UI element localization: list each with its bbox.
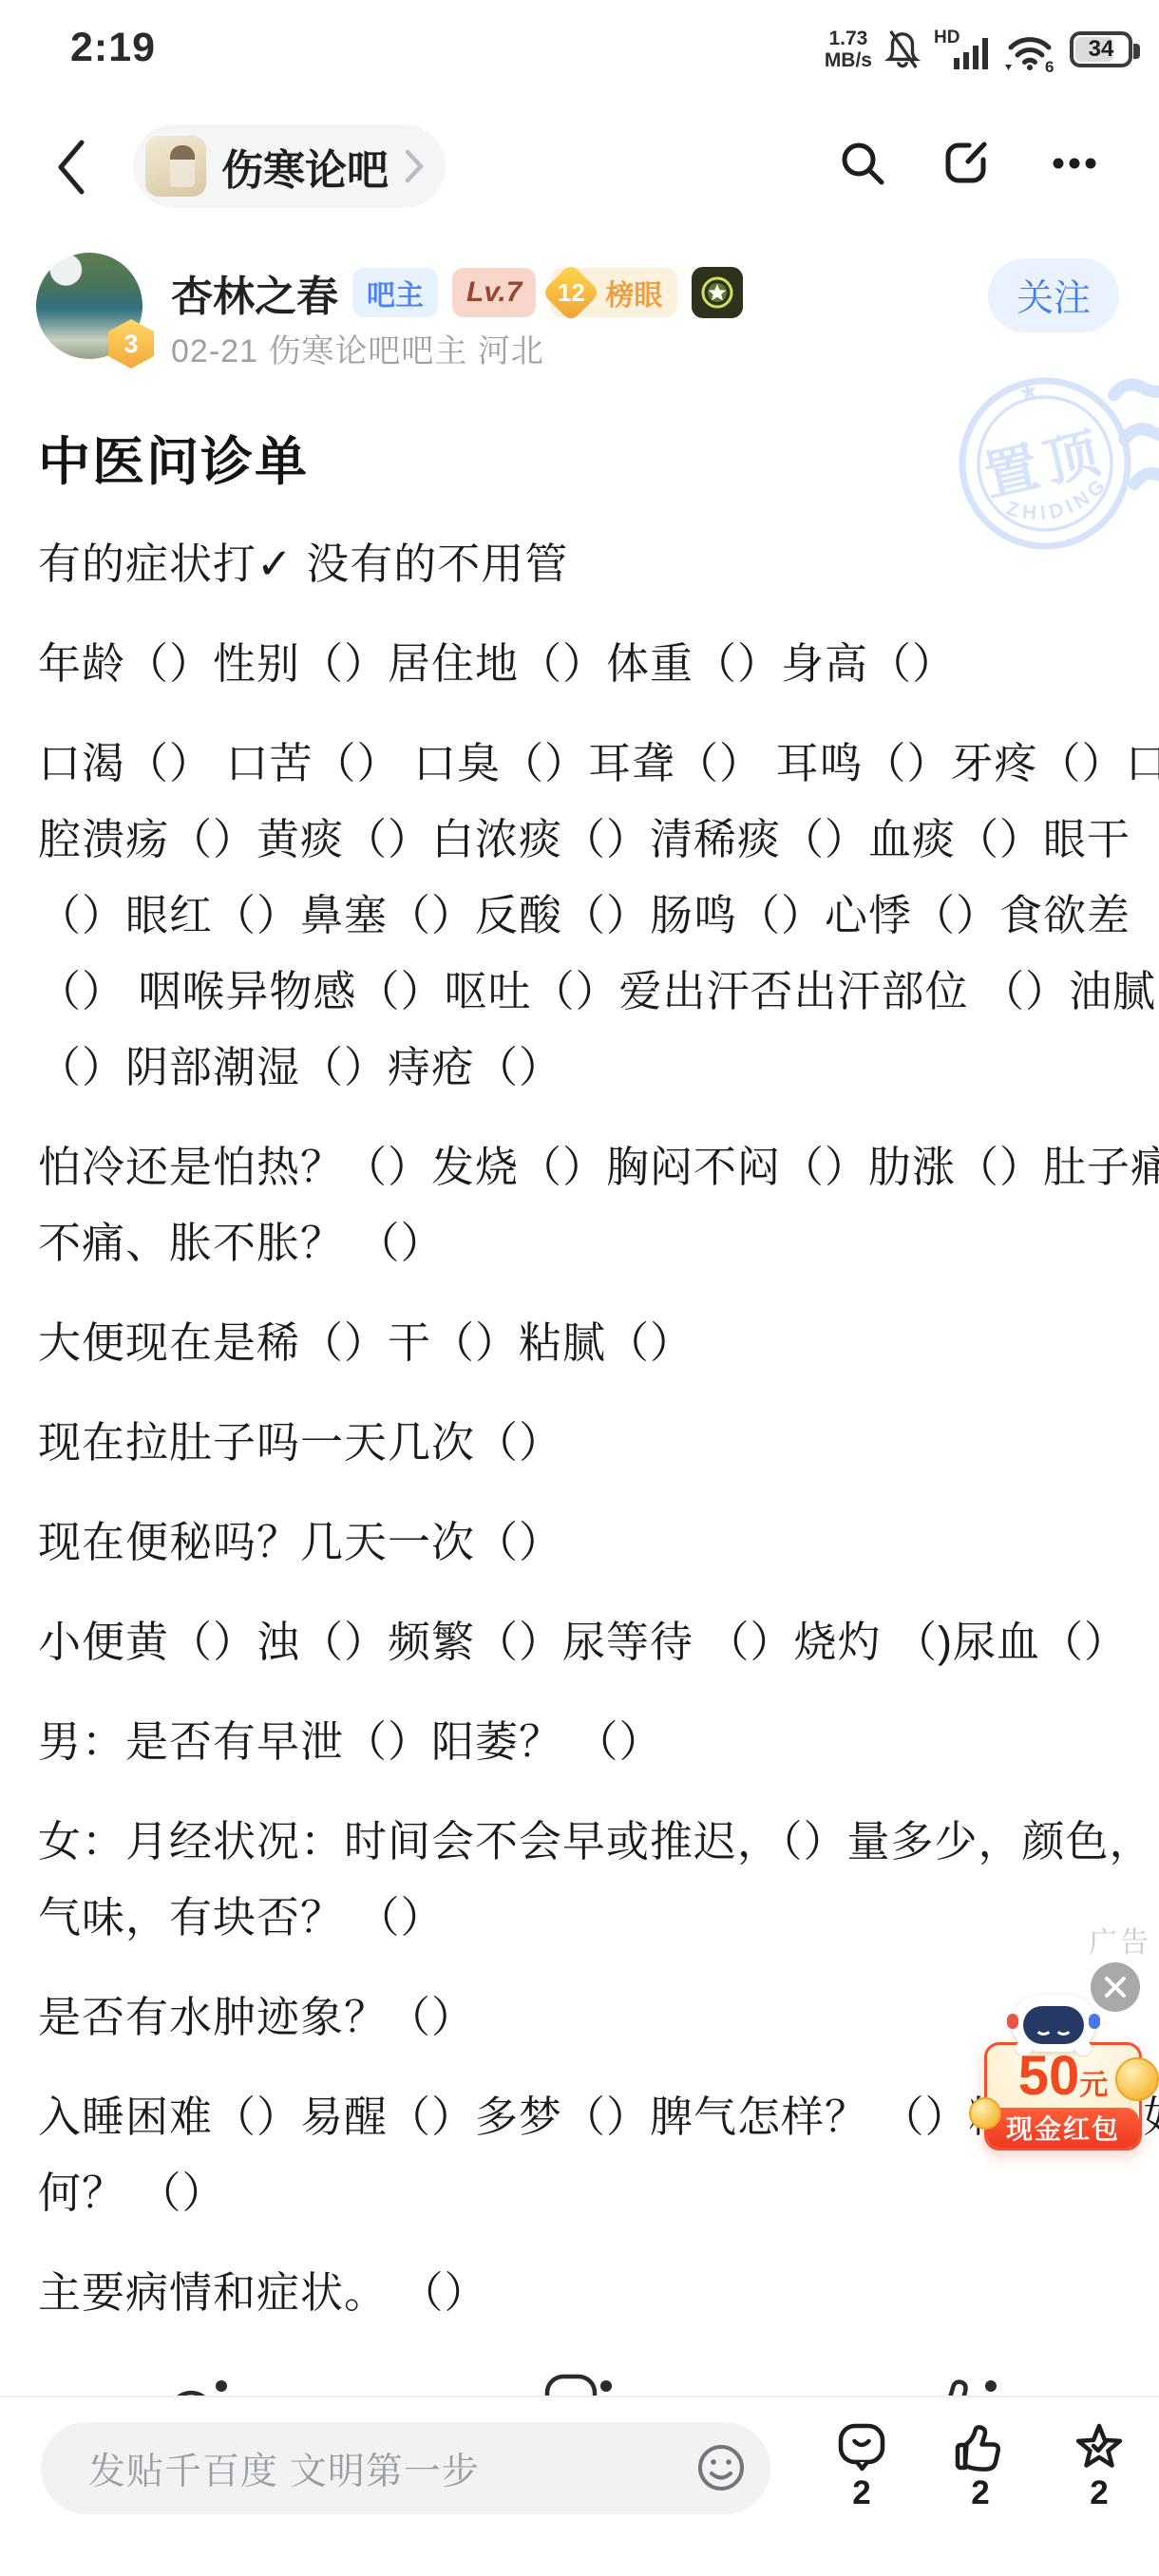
favorite-count: 2: [1072, 2475, 1127, 2511]
bottom-bar: 发贴千百度 文明第一步 2 2: [0, 2396, 1159, 2576]
ad-red-packet[interactable]: 50 元 现金红包: [984, 2042, 1142, 2150]
post-line: 不痛、胀不胀？ （）: [38, 1205, 1121, 1281]
signal-hd-icon: HD: [933, 27, 992, 72]
post-line: 主要病情和症状。 （）: [38, 2255, 1121, 2331]
battery-icon: 34: [1070, 31, 1132, 67]
follow-button[interactable]: 关注: [988, 258, 1119, 332]
post-body: 有的症状打✓ 没有的不用管 年龄（）性别（）居住地（）体重（）身高（） 口渴（）…: [38, 526, 1121, 2355]
search-icon[interactable]: [838, 139, 887, 188]
ad-currency: 元: [1079, 2061, 1108, 2103]
like-button[interactable]: 2: [953, 2418, 1008, 2511]
post-paragraph: 小便黄（）浊（）频繁（）尿等待 （）烧灼 （)尿血（）: [38, 1604, 1121, 1680]
post-line: （）眼红（）鼻塞（）反酸（）肠鸣（）心悸（）食欲差: [38, 878, 1121, 954]
post-paragraph: 入睡困难（）易醒（）多梦（）脾气怎样？ （）精神状况如 何？ （）: [38, 2079, 1121, 2231]
username[interactable]: 杏林之春: [171, 262, 338, 323]
forum-chip[interactable]: 伤寒论吧: [133, 124, 446, 208]
ad-close-icon[interactable]: [1091, 1962, 1140, 2012]
post-line: （）阴部潮湿（）痔疮（）: [38, 1030, 1121, 1106]
robot-face: [1023, 2006, 1084, 2044]
coin-icon: [1115, 2057, 1159, 2101]
rank-badge: 12 榜眼: [550, 268, 677, 317]
nav-actions: [838, 139, 1102, 188]
post-line: 女：月经状况：时间会不会早或推迟，（）量多少，颜色，: [38, 1804, 1121, 1880]
robot-ear-left: [1007, 2014, 1018, 2029]
post-line: 有的症状打✓ 没有的不用管: [38, 526, 1121, 602]
emoji-icon[interactable]: [694, 2441, 1129, 2494]
share-count-dot: [216, 2380, 227, 2392]
wifi-band-label: 6: [1045, 58, 1054, 72]
status-time: 2:19: [70, 25, 156, 71]
post-paragraph: 现在拉肚子吗一天几次（）: [38, 1405, 1121, 1481]
post-line: 气味，有块否？ （）: [38, 1880, 1121, 1956]
comment-button[interactable]: 2: [834, 2418, 889, 2511]
compose-icon[interactable]: [942, 139, 992, 188]
ad-robot-mascot[interactable]: [1010, 1993, 1097, 2055]
rank-number: 12: [550, 272, 592, 313]
post-line: 口渴（） 口苦（） 口臭（）耳聋（） 耳鸣（）牙疼（）口: [38, 726, 1121, 802]
comment-icon[interactable]: [543, 2373, 600, 2396]
post-paragraph: 女：月经状况：时间会不会早或推迟，（）量多少，颜色， 气味，有块否？ （）: [38, 1804, 1121, 1956]
post-paragraph: 年龄（）性别（）居住地（）体重（）身高（）: [38, 626, 1121, 702]
favorite-button[interactable]: 2: [1072, 2418, 1127, 2511]
battery-nub: [1133, 44, 1140, 59]
post-line: 何？ （）: [38, 2155, 1121, 2231]
post-line: 大便现在是稀（）干（）粘腻（）: [38, 1305, 1121, 1381]
post-paragraph: 男：是否有早泄（）阳萎？ （）: [38, 1704, 1121, 1780]
forum-name: 伤寒论吧: [221, 136, 389, 197]
battery-level: 34: [1073, 35, 1129, 64]
post-line: 现在便秘吗？几天一次（）: [38, 1505, 1121, 1581]
medal-emblem-icon: [692, 267, 743, 318]
mute-bell-icon: [883, 27, 921, 72]
post-line: 是否有水肿迹象？（）: [38, 1979, 1121, 2055]
back-button[interactable]: [49, 135, 89, 199]
svg-text:ZHIDING: ZHIDING: [998, 470, 1117, 534]
post-title: 中医问诊单: [38, 420, 309, 495]
level-badge: Lv.7: [452, 268, 536, 317]
network-speed-value: 1.73: [825, 28, 872, 49]
post-paragraph: 口渴（） 口苦（） 口臭（）耳聋（） 耳鸣（）牙疼（）口 腔溃疡（）黄痰（）白浓…: [38, 726, 1121, 1106]
coin-icon: [969, 2097, 1001, 2130]
share-icon[interactable]: [159, 2373, 219, 2396]
rank-label: 榜眼: [605, 272, 662, 313]
post-line: 年龄（）性别（）居住地（）体重（）身高（）: [38, 626, 1121, 702]
comment-count-dot: [600, 2380, 612, 2392]
stamp-star-icon: ★: [1016, 377, 1041, 407]
post-actions-cutoff: [0, 2356, 1159, 2396]
robot-eye: [1035, 2017, 1053, 2036]
post-paragraph: 怕冷还是怕热？（）发烧（）胸闷不闷（）肋涨（）肚子痛 不痛、胀不胀？ （）: [38, 1129, 1121, 1281]
post-paragraph: 现在便秘吗？几天一次（）: [38, 1505, 1121, 1581]
chevron-right-icon: [404, 148, 425, 184]
comment-count: 2: [834, 2475, 889, 2511]
forum-avatar: [145, 136, 206, 197]
like-icon[interactable]: [928, 2373, 985, 2396]
reply-placeholder: 发贴千百度 文明第一步: [88, 2442, 480, 2495]
post-paragraph: 主要病情和症状。 （）: [38, 2255, 1121, 2331]
stamp-text: 置顶: [978, 421, 1112, 508]
author-line: 杏林之春 吧主 Lv.7 12 榜眼: [171, 262, 743, 323]
like-count-dot: [985, 2380, 997, 2392]
tieba-post-screen: 2:19 1.73 MB/s HD: [0, 0, 1159, 2576]
post-line: 怕冷还是怕热？（）发烧（）胸闷不闷（）肋涨（）肚子痛: [38, 1129, 1121, 1205]
post-line: 现在拉肚子吗一天几次（）: [38, 1405, 1121, 1481]
more-icon[interactable]: [1047, 139, 1102, 188]
reply-input[interactable]: 发贴千百度 文明第一步: [41, 2422, 770, 2514]
post-meta: 02-21 伤寒论吧吧主 河北: [171, 325, 544, 371]
robot-hand: [1016, 2040, 1033, 2055]
status-icons: 1.73 MB/s HD: [825, 23, 1132, 76]
hd-label: HD: [934, 28, 959, 47]
post-paragraph: 是否有水肿迹象？（）: [38, 1979, 1121, 2055]
wifi-icon: 6: [1003, 27, 1058, 72]
robot-hand: [1074, 2040, 1092, 2055]
like-count: 2: [953, 2475, 1008, 2511]
network-speed-unit: MB/s: [825, 49, 872, 71]
robot-eye: [1054, 2017, 1073, 2036]
ad-caption: 现金红包: [987, 2108, 1139, 2148]
post-line: （） 咽喉异物感（）呕吐（）爱出汗否出汗部位 （）油腻: [38, 954, 1121, 1030]
robot-ear-right: [1089, 2014, 1100, 2029]
post-line: 腔溃疡（）黄痰（）白浓痰（）清稀痰（）血痰（）眼干: [38, 802, 1121, 878]
post-paragraph: 大便现在是稀（）干（）粘腻（）: [38, 1305, 1121, 1381]
post-line: 入睡困难（）易醒（）多梦（）脾气怎样？ （）精神状况如: [38, 2079, 1121, 2155]
network-speed: 1.73 MB/s: [825, 28, 872, 71]
post-line: 小便黄（）浊（）频繁（）尿等待 （）烧灼 （)尿血（）: [38, 1604, 1121, 1680]
post-paragraph: 有的症状打✓ 没有的不用管: [38, 526, 1121, 602]
moderator-badge: 吧主: [352, 268, 438, 317]
ad-label: 广告: [1089, 1919, 1151, 1960]
stamp-subtext: ZHIDING: [998, 470, 1117, 534]
post-line: 男：是否有早泄（）阳萎？ （）: [38, 1704, 1121, 1780]
